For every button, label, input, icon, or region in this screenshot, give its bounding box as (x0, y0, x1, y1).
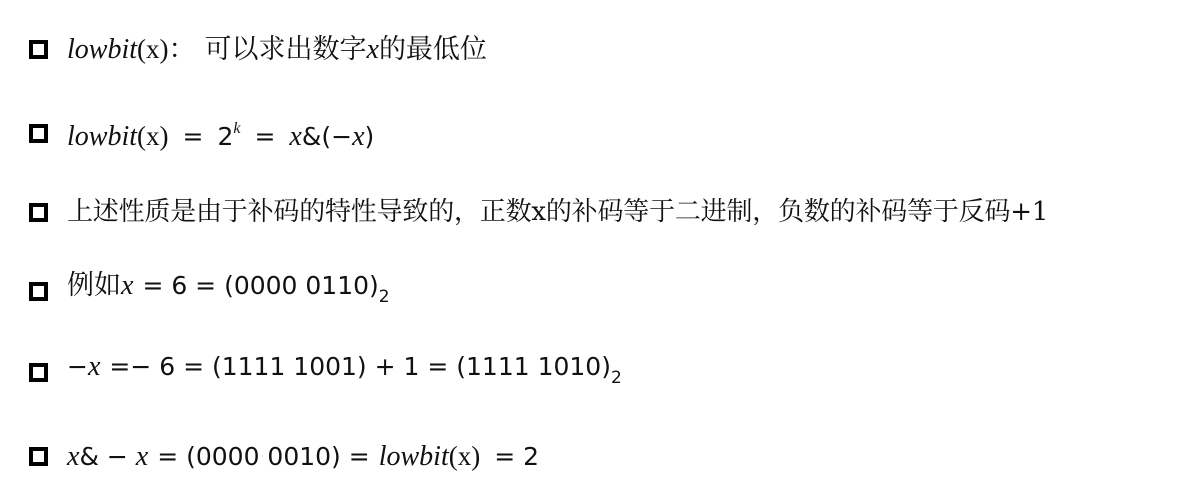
bullet-text: 上述性质是由于补码的特性导致的，正数x的补码等于二进制，负数的补码等于反码+1 (67, 192, 1048, 232)
bullet-text: −x=− 6 = (1111 1001) + 1 = (1111 1010)2 (67, 346, 622, 398)
bullet-item-example-result: x& − x= (0000 0010) =lowbit(x)= 2 (29, 436, 539, 476)
variable-x: x (121, 270, 133, 301)
variable-x: x (136, 441, 148, 472)
function-argument: (x) (137, 121, 168, 151)
square-bullet-icon (29, 447, 48, 466)
variable-x: x (88, 351, 100, 382)
equals-sign: = (183, 122, 204, 151)
square-bullet-icon (29, 124, 48, 143)
variable-x: x (367, 34, 379, 65)
lowbit-function: lowbit (67, 34, 137, 65)
bullet-text: lowbit(x)：可以求出数字x的最低位 (67, 29, 487, 70)
lowbit-function: lowbit (67, 121, 137, 152)
bullet-text: 例如x= 6 = (0000 0110)2 (67, 265, 390, 317)
and-negate-operator: & − (79, 442, 135, 471)
variable-x: x (289, 121, 301, 152)
square-bullet-icon (29, 363, 48, 382)
close-paren: ) (365, 122, 375, 151)
binary-expression: =− 6 = (1111 1001) + 1 = (1111 1010) (109, 352, 611, 381)
minus-sign: − (67, 352, 88, 381)
base-subscript: 2 (379, 287, 390, 307)
exponent: k (233, 120, 240, 137)
binary-expression: = (0000 0010) = (157, 442, 370, 471)
bullet-text: x& − x= (0000 0010) =lowbit(x)= 2 (67, 436, 539, 477)
base-subscript: 2 (611, 368, 622, 388)
function-argument: (x) (137, 34, 168, 64)
bullet-item-example-negative: −x=− 6 = (1111 1001) + 1 = (1111 1010)2 (29, 352, 622, 392)
variable-x: x (67, 441, 79, 472)
bullet-item-lowbit-formula: lowbit(x)=2k=x&(−x) (29, 113, 374, 153)
and-expression: &(− (302, 122, 352, 151)
binary-expression: = 6 = (0000 0110) (142, 271, 378, 300)
equals-sign: = (254, 122, 275, 151)
lowbit-function: lowbit (379, 441, 449, 472)
description-part-a: 可以求出数字 (205, 34, 367, 65)
variable-x: x (352, 121, 364, 152)
square-bullet-icon (29, 203, 48, 222)
separator: ： (169, 34, 196, 65)
bullet-item-example-positive: 例如x= 6 = (0000 0110)2 (29, 271, 390, 311)
example-prefix: 例如 (67, 270, 121, 301)
square-bullet-icon (29, 282, 48, 301)
bullet-text: lowbit(x)=2k=x&(−x) (67, 109, 374, 157)
description-part-b: 的最低位 (379, 34, 487, 65)
square-bullet-icon (29, 40, 48, 59)
result-value: = 2 (494, 442, 539, 471)
function-argument: (x) (449, 441, 480, 471)
bullet-item-twos-complement-note: 上述性质是由于补码的特性导致的，正数x的补码等于二进制，负数的补码等于反码+1 (29, 192, 1048, 232)
power-base: 2 (217, 122, 233, 151)
bullet-item-lowbit-definition: lowbit(x)：可以求出数字x的最低位 (29, 29, 487, 69)
